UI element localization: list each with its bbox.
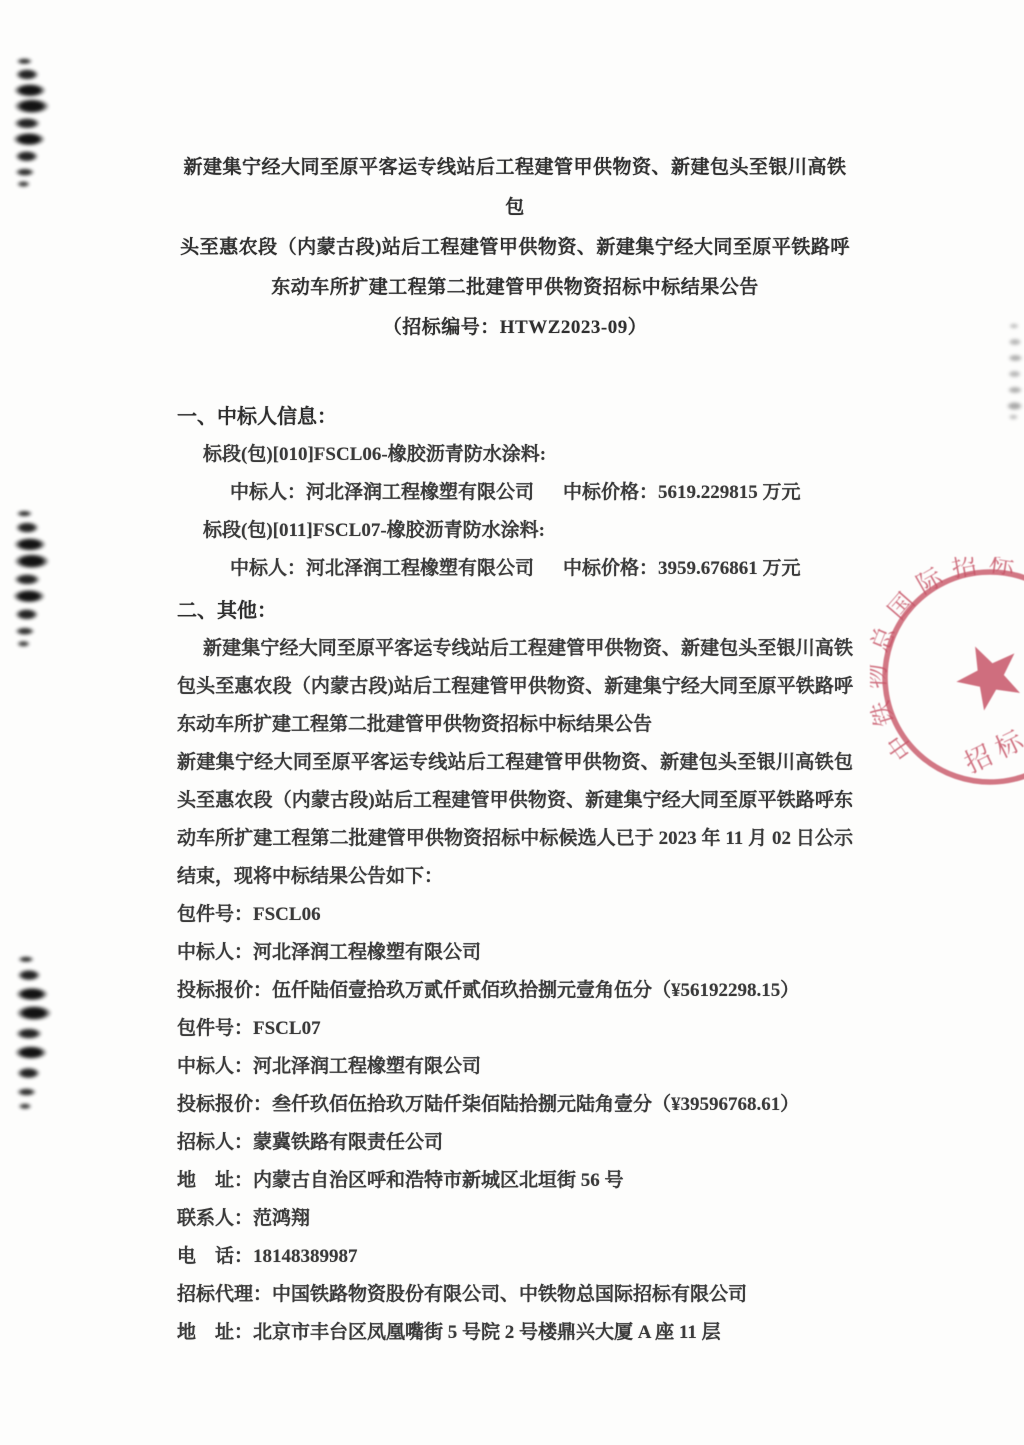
winning-price: 中标价格：5619.229815 万元 (563, 474, 801, 512)
seal-circle (870, 557, 1024, 797)
winner-name: 中标人：河北泽润工程橡塑有限公司 (230, 474, 563, 512)
document-title: 新建集宁经大同至原平客运专线站后工程建管甲供物资、新建包头至银川高铁包 头至惠农… (177, 0, 853, 348)
lot-winner-row: 中标人：河北泽润工程橡塑有限公司 中标价格：5619.229815 万元 (177, 474, 853, 512)
announcement-paragraph-1: 新建集宁经大同至原平客运专线站后工程建管甲供物资、新建包头至银川高铁包头至惠农段… (177, 630, 853, 744)
tenderer-line: 招标人：蒙冀铁路有限责任公司 (177, 1124, 853, 1162)
winner-line: 中标人：河北泽润工程橡塑有限公司 (177, 1048, 853, 1086)
package-number-line: 包件号：FSCL06 (177, 896, 853, 934)
tenderer-address-line: 地 址：内蒙古自治区呼和浩特市新城区北垣街 56 号 (177, 1162, 853, 1200)
title-line-2: 头至惠农段（内蒙古段)站后工程建管甲供物资、新建集宁经大同至原平铁路呼 (177, 228, 853, 268)
agency-address-line: 地 址：北京市丰台区凤凰嘴街 5 号院 2 号楼鼎兴大厦 A 座 11 层 (177, 1314, 853, 1352)
document-page: 中铁物总国际招标有限公司 招标 1101 新建集宁经大同至原平客运专线站后工程建… (0, 0, 1024, 1445)
section2-heading: 二、其他： (177, 592, 853, 630)
title-line-1: 新建集宁经大同至原平客运专线站后工程建管甲供物资、新建包头至银川高铁包 (177, 148, 853, 228)
seal-arc-text: 中铁物总国际招标有限公司 (870, 557, 1024, 771)
package-number-line: 包件号：FSCL07 (177, 1010, 853, 1048)
seal-star-icon (946, 632, 1024, 716)
section1-heading: 一、中标人信息： (177, 398, 853, 436)
title-line-3: 东动车所扩建工程第二批建管甲供物资招标中标结果公告 (177, 268, 853, 308)
lot-winner-row: 中标人：河北泽润工程橡塑有限公司 中标价格：3959.676861 万元 (177, 550, 853, 588)
bid-price-line: 投标报价：伍仟陆佰壹拾玖万贰仟贰佰玖拾捌元壹角伍分（¥56192298.15） (177, 972, 853, 1010)
winning-price: 中标价格：3959.676861 万元 (563, 550, 801, 588)
agency-line: 招标代理：中国铁路物资股份有限公司、中铁物总国际招标有限公司 (177, 1276, 853, 1314)
lot-title: 标段(包)[011]FSCL07-橡胶沥青防水涂料: (177, 512, 853, 550)
seal-graphic: 中铁物总国际招标有限公司 招标 1101 (870, 557, 1024, 797)
seal-inner-text: 招标 (960, 722, 1024, 779)
ink-smudge-right (1003, 320, 1023, 420)
official-seal-stamp: 中铁物总国际招标有限公司 招标 1101 (870, 557, 1024, 797)
ink-smudge-left-top (6, 56, 52, 188)
announcement-paragraph-2: 新建集宁经大同至原平客运专线站后工程建管甲供物资、新建包头至银川高铁包头至惠农段… (177, 744, 853, 896)
contact-person-line: 联系人：范鸿翔 (177, 1200, 853, 1238)
phone-line: 电 话：18148389987 (177, 1238, 853, 1276)
ink-smudge-left-bottom (6, 953, 56, 1111)
bid-price-line: 投标报价：叁仟玖佰伍拾玖万陆仟柒佰陆拾捌元陆角壹分（¥39596768.61） (177, 1086, 853, 1124)
tender-number: （招标编号：HTWZ2023-09） (177, 308, 853, 348)
ink-smudge-left-middle (6, 508, 52, 648)
winner-line: 中标人：河北泽润工程橡塑有限公司 (177, 934, 853, 972)
winner-name: 中标人：河北泽润工程橡塑有限公司 (230, 550, 563, 588)
document-content: 新建集宁经大同至原平客运专线站后工程建管甲供物资、新建包头至银川高铁包 头至惠农… (177, 0, 853, 1352)
lot-title: 标段(包)[010]FSCL06-橡胶沥青防水涂料: (177, 436, 853, 474)
